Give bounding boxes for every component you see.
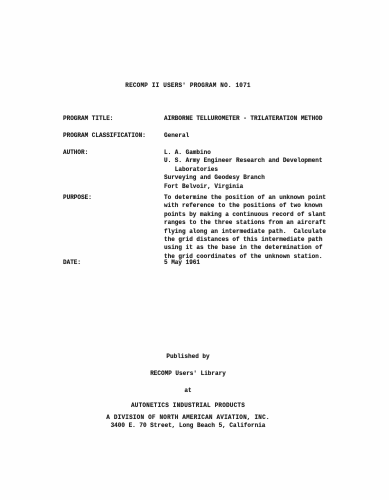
date-label: DATE: xyxy=(63,259,81,267)
date-value: 5 May 1961 xyxy=(164,259,200,267)
program-title-label: PROGRAM TITLE: xyxy=(63,115,113,123)
program-classification-label: PROGRAM CLASSIFICATION: xyxy=(63,132,146,140)
author-label: AUTHOR: xyxy=(63,149,88,157)
footer-address-line: 3400 E. 70 Street, Long Beach 5, Califor… xyxy=(0,422,376,430)
program-classification-value: General xyxy=(164,132,189,140)
footer-company-name: AUTONETICS INDUSTRIAL PRODUCTS xyxy=(0,402,376,410)
document-heading: RECOMP II USERS' PROGRAM NO. 1071 xyxy=(0,82,376,90)
footer-published-by: Published by xyxy=(0,353,376,361)
author-value: L. A. Gambino U. S. Army Engineer Resear… xyxy=(164,149,322,191)
purpose-value: To determine the position of an unknown … xyxy=(164,194,326,261)
footer-library-name: RECOMP Users' Library xyxy=(0,370,376,378)
program-title-value: AIRBORNE TELLUROMETER - TRILATERATION ME… xyxy=(164,115,322,123)
document-page: RECOMP II USERS' PROGRAM NO. 1071 PROGRA… xyxy=(0,0,389,500)
purpose-label: PURPOSE: xyxy=(63,194,92,202)
footer-at: at xyxy=(0,387,376,395)
